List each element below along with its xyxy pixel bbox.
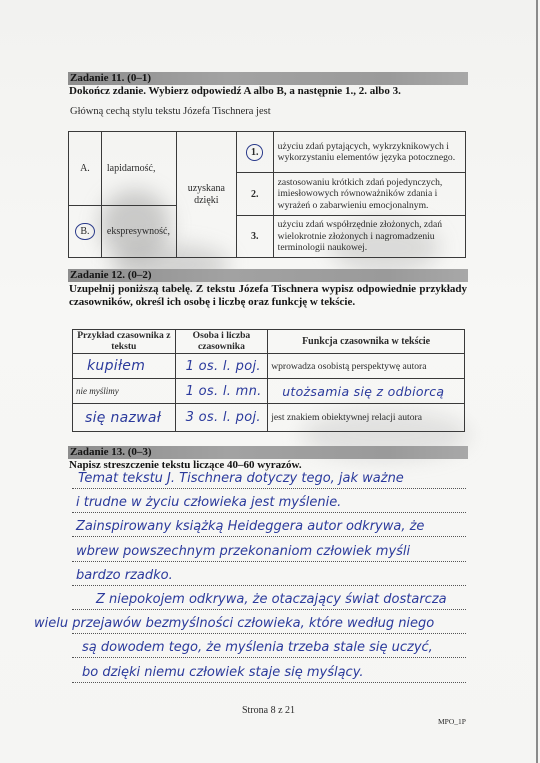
answer-ruled-line (72, 488, 466, 489)
handwritten-answer-line: Temat tekstu J. Tischnera dotyczy tego, … (78, 471, 404, 486)
handwritten-answer-line: i trudne w życiu człowieka jest myślenie… (76, 495, 341, 510)
handwritten-answer-line: bo dzięki niemu człowiek staje się myślą… (82, 665, 364, 680)
handwritten-answer-line: są dowodem tego, że myślenia trzeba stal… (82, 640, 433, 655)
function-cell[interactable]: jest znakiem obiektywnej relacji autora (268, 404, 465, 432)
option-b-text[interactable]: ekspresywność, (101, 206, 176, 258)
task11-prompt: Główną cechą stylu tekstu Józefa Tischne… (70, 106, 271, 117)
option-1-key[interactable]: 1. (236, 132, 273, 173)
task13-heading: Zadanie 13. (0–3) (68, 446, 468, 459)
person-cell[interactable]: 1 os. l. poj. (175, 354, 268, 379)
col-header-function: Funkcja czasownika w tekście (268, 330, 465, 354)
option-3-text[interactable]: użyciu zdań współrzędnie złożonych, zdań… (273, 216, 465, 258)
option-a-key[interactable]: A. (69, 132, 102, 206)
handwritten-answer-line: wbrew powszechnym przekonaniom człowiek … (76, 544, 410, 559)
col-header-verb: Przykład czasownika z tekstu (73, 330, 176, 354)
table-row: się nazwał 3 os. l. poj. jest znakiem ob… (73, 404, 465, 432)
answer-ruled-line (72, 609, 466, 610)
answer-ruled-line (72, 633, 466, 634)
person-cell[interactable]: 1 os. l. mn. (175, 379, 268, 404)
answer-ruled-line (72, 536, 466, 537)
handwritten-answer-line: Z niepokojem odkrywa, że otaczający świa… (96, 592, 447, 607)
verb-cell[interactable]: kupiłem (73, 354, 176, 379)
connector-text: uzyskana dzięki (176, 132, 236, 258)
task12-table: Przykład czasownika z tekstu Osoba i lic… (72, 329, 465, 432)
col-header-person: Osoba i liczba czasownika (175, 330, 268, 354)
handwritten-answer-line: Zainspirowany książką Heideggera autor o… (76, 519, 424, 534)
function-cell[interactable]: wprowadza osobistą perspektywę autora (268, 354, 465, 379)
person-cell[interactable]: 3 os. l. poj. (175, 404, 268, 432)
verb-cell[interactable]: nie myślimy (73, 379, 176, 404)
task12-heading: Zadanie 12. (0–2) (68, 269, 468, 282)
option-b-key[interactable]: B. (69, 206, 102, 258)
function-cell[interactable]: utożsamia się z odbiorcą (268, 379, 465, 404)
answer-ruled-line (72, 657, 466, 658)
answer-ruled-line (72, 682, 466, 683)
answer-ruled-line (72, 585, 466, 586)
option-1-text[interactable]: użyciu zdań pytających, wykrzyknikowych … (273, 132, 465, 173)
task11-heading: Zadanie 11. (0–1) (68, 72, 468, 85)
handwritten-answer-line: wielu przejawów bezmyślności człowieka, … (34, 616, 434, 631)
option-2-text[interactable]: zastosowaniu krótkich zdań pojedynczych,… (273, 173, 465, 216)
exam-code: MPO_1P (438, 717, 466, 726)
table-row: kupiłem 1 os. l. poj. wprowadza osobistą… (73, 354, 465, 379)
table-row: nie myślimy 1 os. l. mn. utożsamia się z… (73, 379, 465, 404)
task11-instruction: Dokończ zdanie. Wybierz odpowiedź A albo… (69, 85, 401, 98)
answer-ruled-line (72, 512, 466, 513)
option-a-text[interactable]: lapidarność, (101, 132, 176, 206)
option-3-key[interactable]: 3. (236, 216, 273, 258)
exam-page: Zadanie 11. (0–1) Dokończ zdanie. Wybier… (0, 0, 538, 763)
option-2-key[interactable]: 2. (236, 173, 273, 216)
handwritten-answer-line: bardzo rzadko. (76, 568, 173, 583)
task11-table: A. lapidarność, uzyskana dzięki 1. użyci… (68, 131, 466, 258)
task12-instruction: Uzupełnij poniższą tabelę. Z tekstu Józe… (69, 283, 467, 309)
answer-ruled-line (72, 561, 466, 562)
page-number: Strona 8 z 21 (242, 705, 295, 716)
verb-cell[interactable]: się nazwał (73, 404, 176, 432)
